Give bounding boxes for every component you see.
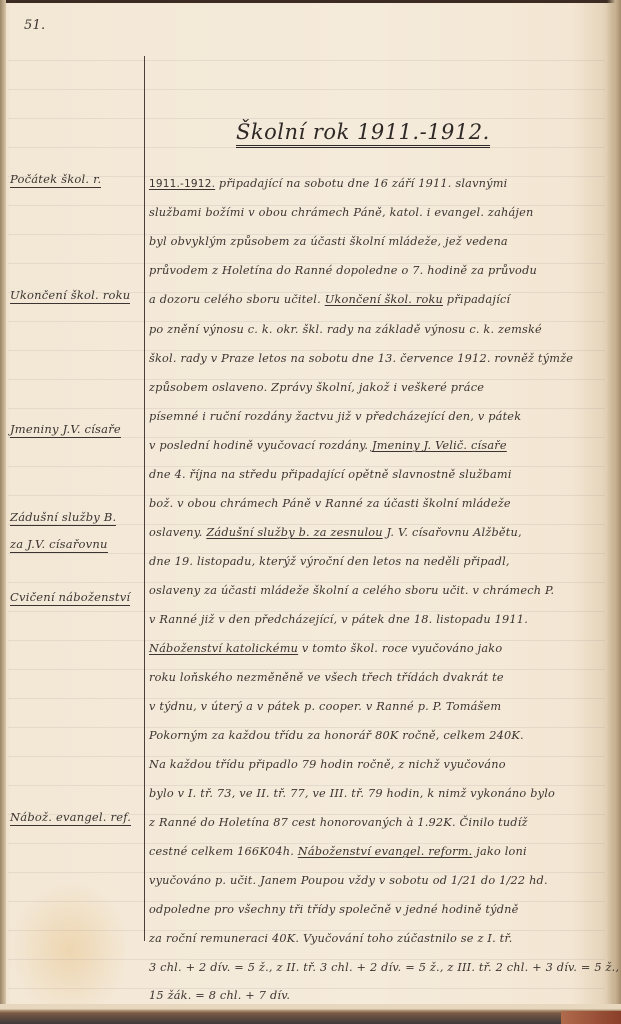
- handwritten-line: v Ranné již v den předcházející, v pátek…: [149, 612, 528, 627]
- ruled-line: [8, 988, 605, 989]
- underlined-heading: Náboženství evangel. reform.: [298, 845, 473, 858]
- handwritten-line: odpoledne pro všechny tři třídy společně…: [149, 902, 519, 917]
- line-text: jako loni: [472, 845, 526, 858]
- line-text: oslaveny.: [149, 526, 206, 539]
- handwritten-line: oslaveny. Zádušní služby b. za zesnulou …: [149, 525, 522, 540]
- handwritten-line: bylo v I. tř. 73, ve II. tř. 77, ve III.…: [149, 786, 555, 801]
- handwritten-line: průvodem z Holetína do Ranné dopoledne o…: [149, 263, 537, 278]
- handwritten-line: způsobem oslaveno. Zprávy školní, jakož …: [149, 380, 484, 395]
- underlined-heading: Náboženství katolickému: [149, 642, 298, 655]
- margin-rule: [144, 56, 145, 941]
- line-text: připadající: [443, 293, 510, 306]
- book-binding-bottom: [0, 1004, 621, 1024]
- handwritten-line: Náboženství katolickému v tomto škol. ro…: [149, 641, 502, 656]
- handwritten-line: 3 chl. + 2 dív. = 5 ž., z II. tř. 3 chl.…: [149, 960, 621, 975]
- line-text: v poslední hodině vyučovací rozdány.: [149, 439, 372, 452]
- line-text: a dozoru celého sboru učitel.: [149, 293, 325, 306]
- line-text: v tomto škol. roce vyučováno jako: [298, 642, 502, 655]
- ledger-page: 51. Školní rok 1911.-1912. Počátek škol.…: [0, 0, 621, 1024]
- margin-label: za J.V. císařovnu: [10, 537, 108, 553]
- underlined-heading: Zádušní služby b. za zesnulou: [206, 526, 382, 539]
- margin-label: Jmeniny J.V. císaře: [10, 422, 121, 438]
- handwritten-line: 1911.-1912. připadající na sobotu dne 16…: [149, 176, 507, 192]
- handwritten-line: Pokorným za každou třídu za honorář 80K …: [149, 728, 524, 743]
- handwritten-line: byl obvyklým způsobem za účasti školní m…: [149, 234, 508, 249]
- handwritten-line: za roční remuneraci 40K. Vyučování toho …: [149, 931, 513, 946]
- book-top-edge: [0, 0, 621, 3]
- margin-label: Ukončení škol. roku: [10, 288, 130, 304]
- line-text: připadající na sobotu dne 16 září 1911. …: [215, 177, 507, 190]
- handwritten-line: z Ranné do Holetína 87 cest honorovaných…: [149, 815, 528, 830]
- handwritten-line: oslaveny za účasti mládeže školní a celé…: [149, 583, 554, 598]
- margin-label: Cvičení náboženství: [10, 590, 130, 606]
- margin-label: Počátek škol. r.: [10, 172, 101, 188]
- page-gutter-shadow: [607, 0, 621, 1024]
- handwritten-line: dne 4. října na středu připadající opětn…: [149, 467, 512, 482]
- handwritten-line: Na každou třídu připadlo 79 hodin ročně,…: [149, 757, 506, 772]
- ruled-line: [8, 118, 605, 119]
- page-title: Školní rok 1911.-1912.: [236, 120, 490, 148]
- handwritten-line: vyučováno p. učit. Janem Poupou vždy v s…: [149, 873, 548, 888]
- underlined-heading: Jmeniny J. Velič. císaře: [372, 439, 507, 452]
- underlined-heading: Ukončení škol. roku: [325, 293, 443, 306]
- handwritten-line: bož. v obou chrámech Páně v Ranné za úča…: [149, 496, 511, 511]
- handwritten-line: v poslední hodině vyučovací rozdány. Jme…: [149, 438, 507, 453]
- handwritten-line: v týdnu, v úterý a v pátek p. cooper. v …: [149, 699, 501, 714]
- line-text: J. V. císařovnu Alžbětu,: [383, 526, 522, 539]
- ruled-line: [8, 60, 605, 61]
- line-text: cestné celkem 166K04h.: [149, 845, 298, 858]
- handwritten-line: roku loňského nezměněně ve všech třech t…: [149, 670, 504, 685]
- margin-label: Nábož. evangel. ref.: [10, 810, 131, 826]
- handwritten-line: dne 19. listopadu, kterýž výroční den le…: [149, 554, 510, 569]
- margin-label: Zádušní služby B.: [10, 510, 116, 526]
- handwritten-line: službami božími v obou chrámech Páně, ka…: [149, 205, 533, 220]
- handwritten-line: 15 žák. = 8 chl. + 7 dív.: [149, 988, 290, 1003]
- handwritten-line: škol. rady v Praze letos na sobotu dne 1…: [149, 351, 573, 366]
- handwritten-line: písemné i ruční rozdány žactvu již v pře…: [149, 409, 521, 424]
- handwritten-line: po znění výnosu c. k. okr. škl. rady na …: [149, 322, 542, 337]
- handwritten-line: cestné celkem 166K04h. Náboženství evang…: [149, 844, 527, 859]
- handwritten-line: a dozoru celého sboru učitel. Ukončení š…: [149, 292, 510, 307]
- page-left-edge: [0, 0, 6, 1024]
- ruled-line: [8, 89, 605, 90]
- year-lead: 1911.-1912.: [149, 178, 215, 190]
- page-number: 51.: [24, 18, 45, 33]
